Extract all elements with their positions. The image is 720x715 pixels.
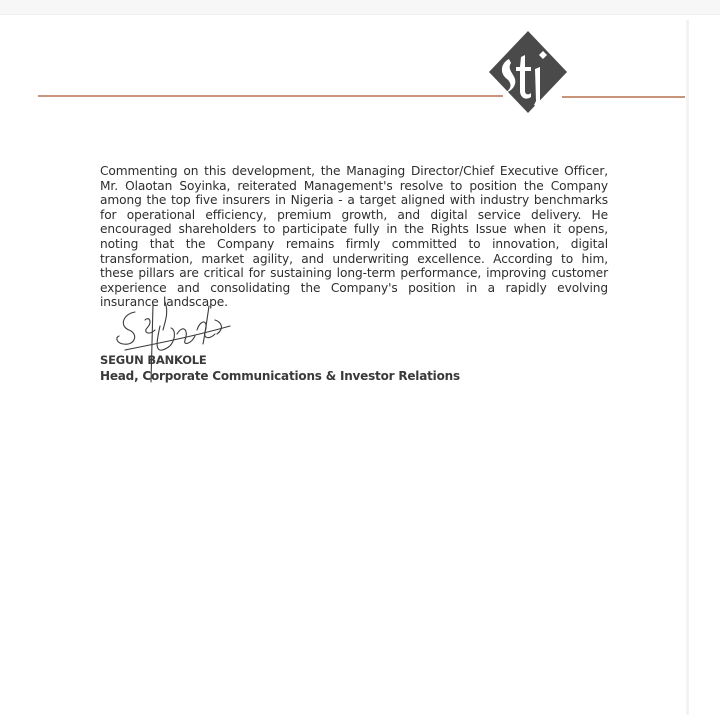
sti-logo-icon [487,29,569,115]
signatory-title: Head, Corporate Communications & Investo… [100,369,460,383]
header-rule-left [38,95,503,97]
page-edge [686,20,689,715]
top-toolbar-strip [0,0,720,15]
signatory-name: SEGUN BANKOLE [100,353,207,367]
press-release-paragraph: Commenting on this development, the Mana… [100,164,608,310]
header-rule-right [562,96,685,98]
